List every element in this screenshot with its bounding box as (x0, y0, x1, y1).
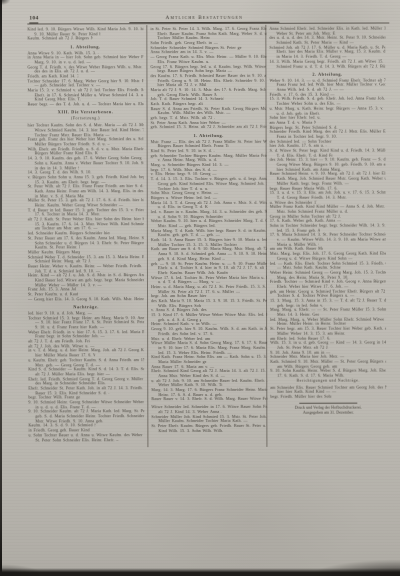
corner-shadow-bottom-right (290, 556, 400, 576)
corner-shadow-top-left (0, 0, 14, 7)
column-divider-left (146, 25, 148, 447)
colophon: Druck und Verlag der Hofbuchdruckerei.Au… (270, 405, 386, 415)
text-column-middle: in St. Peter St. Peter 14. 3. Wilh. Marg… (150, 27, 267, 434)
text-line: Bauer begr. — des T. d. Joh. u. d. — Toc… (28, 102, 144, 107)
book-edge-left (0, 0, 2, 576)
section-heading: 2. Abteilung. (269, 71, 385, 76)
text-column-right: Anna Schmied Ehefr. led. Schneider Elis.… (269, 27, 386, 416)
section-heading: 1. Abteilung. (27, 44, 143, 49)
text-line: Kind Wilh. 15. 3. Sohn Wilh. Wilh. (151, 428, 225, 433)
colophon-rule (299, 402, 357, 403)
text-line: geb. Schmied 15. 3. Heinr. alt 72 J. Sch… (151, 125, 267, 130)
page-number: 104 (29, 15, 38, 23)
text-column-left: Kind led. 9. 10. Bürgers Witwe Wilh. Kin… (27, 27, 144, 442)
section-heading: Nachträge. (28, 304, 144, 309)
colophon-line2: Ausgegeben am 31. Dezember. (276, 410, 380, 415)
center-note: Berichtigungen und Nachträge. (270, 378, 386, 383)
section-heading: 1. Abteilung. (151, 132, 267, 137)
section-heading: XIII. Die Verstorbenen. (28, 109, 144, 114)
corner-shadow-bottom-left (0, 560, 60, 576)
text-line: Schmied Franz u. d. T. d. 14. 3. Wilh. B… (269, 64, 385, 69)
page-content: 104 Amtliche Bestattungen Kind led. 9. 1… (0, 0, 400, 576)
text-line: Kaufm. Schmied alt 72 J. Bürgers Mstr. 9… (27, 37, 92, 42)
section-heading: (Fortsetzung.) (28, 116, 144, 121)
text-line: — Georg hier Elis. 14. 3. Georg 9. 10. K… (28, 297, 144, 302)
header-rule (27, 23, 389, 25)
text-line: Bauer Bauer v. 14. 3. Ehefr. S. d. Wilh.… (151, 397, 267, 402)
text-line: begr. Friedh. Müller hier des Sohn (270, 395, 331, 400)
text-line: St. Peter Sohn Schneider Elis. Heinr. Eh… (28, 438, 118, 443)
scanned-register-page: 104 Amtliche Bestattungen Kind led. 9. 1… (0, 0, 400, 576)
